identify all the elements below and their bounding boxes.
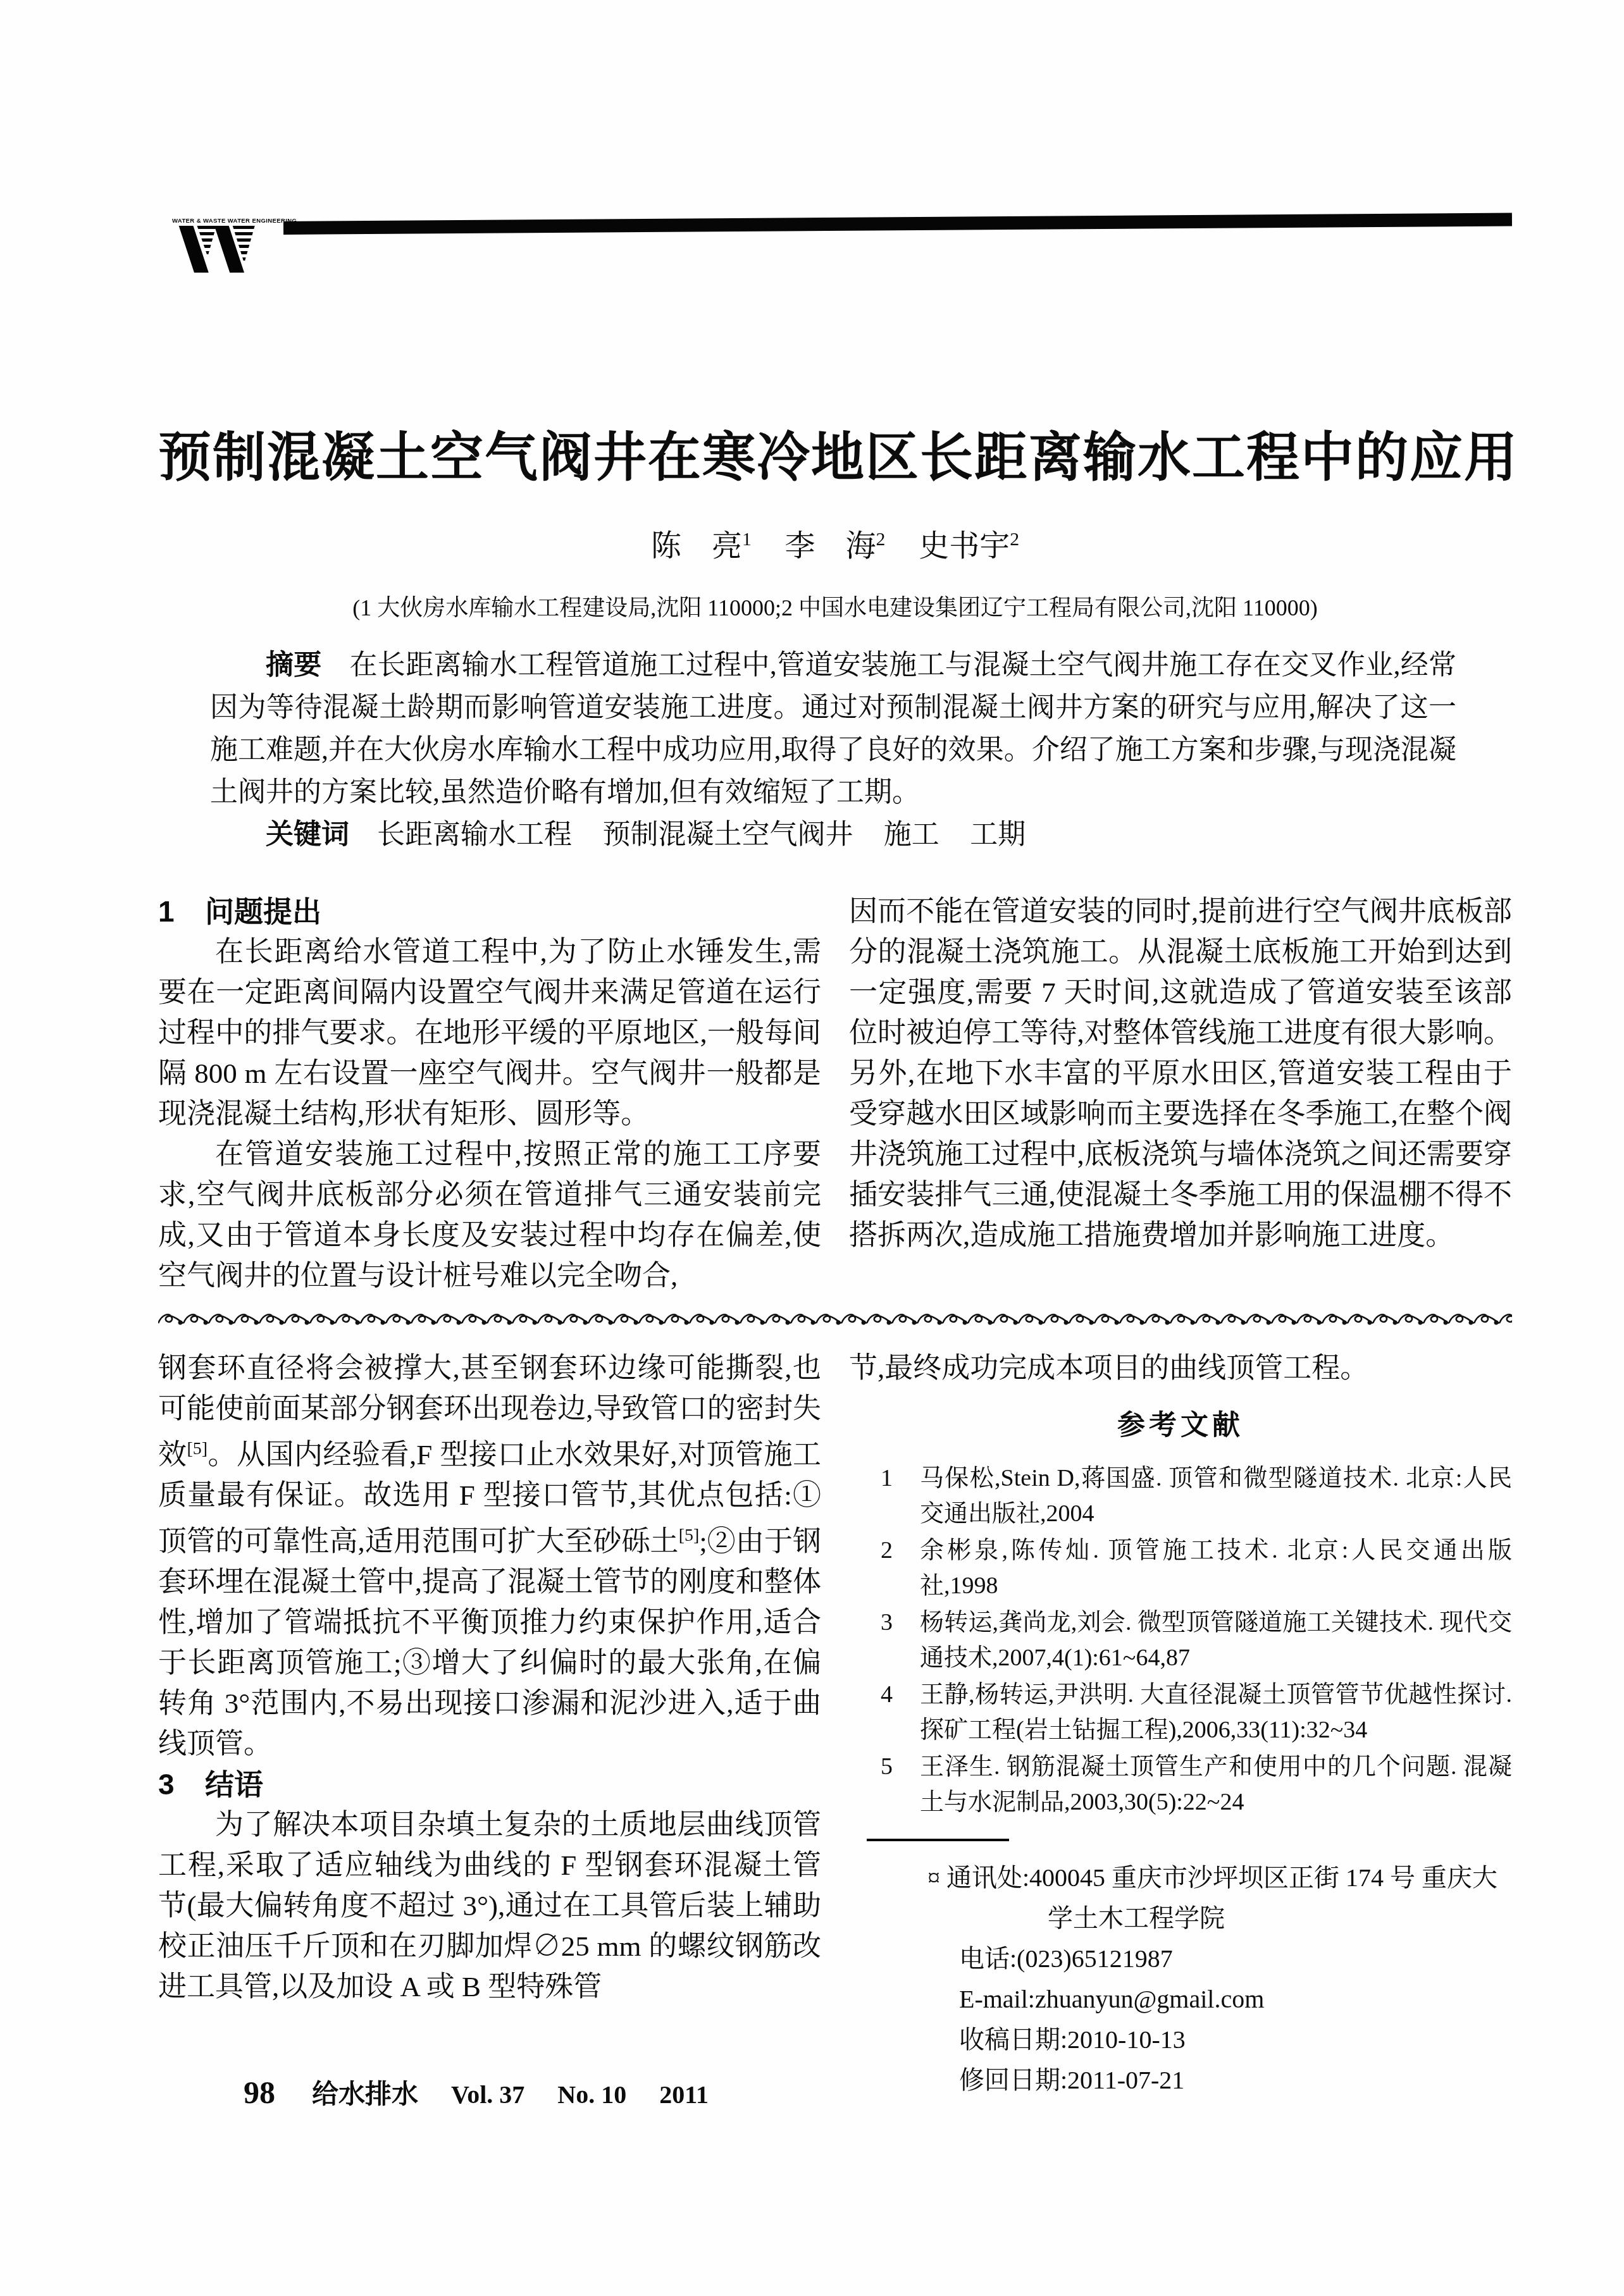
abstract-label: 摘要 [266, 650, 322, 681]
references-heading: 参考文献 [849, 1402, 1512, 1443]
correspondence-marker-icon: ¤ [927, 1863, 940, 1892]
page-footer: 98 给水排水 Vol. 37 No. 10 2011 [244, 2073, 709, 2111]
correspondence-address-text: 通讯处:400045 重庆市沙坪坝区正街 174 号 重庆大学土木工程学院 [946, 1863, 1497, 1932]
section-title: 问题提出 [205, 895, 321, 928]
reference-item: 5王泽生. 钢筋混凝土顶管生产和使用中的几个问题. 混凝土与水泥制品,2003,… [849, 1749, 1512, 1820]
page-header: WATER & WASTE WATER ENGINEERING [158, 214, 1512, 287]
article-body: 预制混凝土空气阀井在寒冷地区长距离输水工程中的应用 陈 亮1李 海2史书宇2 (… [158, 428, 1512, 2101]
reference-item: 2余彬泉,陈传灿. 顶管施工技术. 北京:人民交通出版社,1998 [849, 1533, 1512, 1603]
reference-item: 3杨转运,龚尚龙,刘会. 微型顶管隧道施工关键技术. 现代交通技术,2007,4… [849, 1605, 1512, 1676]
section-title: 结语 [205, 1768, 263, 1801]
reference-item: 1马保松,Stein D,蒋国盛. 顶管和微型隧道技术. 北京:人民交通出版社,… [849, 1460, 1512, 1531]
keyword: 长距离输水工程 [377, 819, 572, 850]
received-date: 收稿日期:2010-10-13 [927, 2020, 1520, 2060]
author-list: 陈 亮1李 海2史书宇2 [158, 521, 1512, 565]
wavy-divider [158, 1311, 1512, 1329]
page-number: 98 [244, 2074, 275, 2111]
right-column-top: 因而不能在管道安装的同时,提前进行空气阀井底板部分的混凝土浇筑施工。从混凝土底板… [849, 891, 1512, 1296]
reference-number: 5 [881, 1749, 893, 1784]
left-column-bottom: 钢套环直径将会被撑大,甚至钢套环边缘可能撕裂,也可能使前面某部分钢套环出现卷边,… [158, 1348, 821, 2101]
journal-volume: Vol. 37 [451, 2080, 524, 2109]
keyword-list: 长距离输水工程预制混凝土空气阀井施工工期 [377, 819, 1057, 850]
keyword: 工期 [970, 819, 1026, 850]
reference-number: 3 [881, 1605, 893, 1640]
journal-w-icon [172, 226, 268, 273]
author: 史书宇2 [919, 529, 1019, 563]
journal-page: WATER & WASTE WATER ENGINEERING 预制混凝土空气阀… [0, 0, 1624, 2296]
journal-name: 给水排水 [312, 2073, 418, 2111]
journal-logo: WATER & WASTE WATER ENGINEERING [172, 218, 286, 273]
section-number: 3 [158, 1768, 175, 1801]
correspondence-phone: 电话:(023)65121987 [927, 1939, 1520, 1979]
paragraph: 在长距离给水管道工程中,为了防止水锤发生,需要在一定距离间隔内设置空气阀井来满足… [158, 932, 821, 1134]
journal-logo-text: WATER & WASTE WATER ENGINEERING [172, 218, 286, 225]
paragraph: 钢套环直径将会被撑大,甚至钢套环边缘可能撕裂,也可能使前面某部分钢套环出现卷边,… [158, 1348, 821, 1764]
left-column-top: 1问题提出 在长距离给水管道工程中,为了防止水锤发生,需要在一定距离间隔内设置空… [158, 891, 821, 1296]
author: 陈 亮1 [651, 529, 752, 563]
reference-number: 1 [881, 1460, 893, 1496]
keyword: 预制混凝土空气阀井 [602, 819, 853, 850]
keywords-label: 关键词 [266, 819, 349, 850]
footnote-rule [867, 1839, 1009, 1841]
top-columns: 1问题提出 在长距离给水管道工程中,为了防止水锤发生,需要在一定距离间隔内设置空… [158, 891, 1512, 1296]
paragraph: 在管道安装施工过程中,按照正常的施工工序要求,空气阀井底板部分必须在管道排气三通… [158, 1134, 821, 1296]
affiliation: (1 大伙房水库输水工程建设局,沈阳 110000;2 中国水电建设集团辽宁工程… [158, 590, 1512, 622]
section-heading-1: 1问题提出 [158, 891, 821, 932]
correspondence-email: E-mail:zhuanyun@gmail.com [927, 1979, 1520, 2020]
right-column-bottom: 节,最终成功完成本项目的曲线顶管工程。 参考文献 1马保松,Stein D,蒋国… [849, 1348, 1512, 2101]
reference-number: 4 [881, 1677, 893, 1712]
correspondence-block: ¤ 通讯处:400045 重庆市沙坪坝区正街 174 号 重庆大学土木工程学院 … [927, 1858, 1520, 2101]
author: 李 海2 [785, 529, 886, 563]
journal-year: 2011 [659, 2080, 709, 2109]
section-number: 1 [158, 895, 175, 928]
journal-issue: No. 10 [557, 2080, 626, 2109]
revised-date: 修回日期:2011-07-21 [927, 2060, 1520, 2101]
correspondence-address: ¤ 通讯处:400045 重庆市沙坪坝区正街 174 号 重庆大学土木工程学院 [927, 1858, 1520, 1939]
reference-list: 1马保松,Stein D,蒋国盛. 顶管和微型隧道技术. 北京:人民交通出版社,… [849, 1460, 1512, 1820]
paragraph: 节,最终成功完成本项目的曲线顶管工程。 [849, 1348, 1512, 1388]
section-heading-3: 3结语 [158, 1764, 821, 1805]
reference-text: 王泽生. 钢筋混凝土顶管生产和使用中的几个问题. 混凝土与水泥制品,2003,3… [920, 1753, 1512, 1815]
keyword: 施工 [884, 819, 939, 850]
reference-number: 2 [881, 1533, 893, 1568]
paragraph: 为了解决本项目杂填土复杂的土质地层曲线顶管工程,采取了适应轴线为曲线的 F 型钢… [158, 1805, 821, 2007]
abstract-text: 在长距离输水工程管道施工过程中,管道安装施工与混凝土空气阀井施工存在交叉作业,经… [210, 650, 1456, 808]
reference-text: 杨转运,龚尚龙,刘会. 微型顶管隧道施工关键技术. 现代交通技术,2007,4(… [920, 1609, 1512, 1671]
header-rule [283, 213, 1512, 235]
abstract: 摘要在长距离输水工程管道施工过程中,管道安装施工与混凝土空气阀井施工存在交叉作业… [210, 644, 1456, 813]
article-title: 预制混凝土空气阀井在寒冷地区长距离输水工程中的应用 [158, 428, 1512, 487]
paragraph: 因而不能在管道安装的同时,提前进行空气阀井底板部分的混凝土浇筑施工。从混凝土底板… [849, 891, 1512, 1256]
keywords-line: 关键词长距离输水工程预制混凝土空气阀井施工工期 [210, 813, 1456, 856]
reference-text: 余彬泉,陈传灿. 顶管施工技术. 北京:人民交通出版社,1998 [920, 1537, 1512, 1599]
reference-text: 马保松,Stein D,蒋国盛. 顶管和微型隧道技术. 北京:人民交通出版社,2… [920, 1465, 1512, 1527]
reference-text: 王静,杨转运,尹洪明. 大直径混凝土顶管管节优越性探讨. 探矿工程(岩土钻掘工程… [920, 1681, 1512, 1743]
bottom-columns: 钢套环直径将会被撑大,甚至钢套环边缘可能撕裂,也可能使前面某部分钢套环出现卷边,… [158, 1348, 1512, 2101]
reference-item: 4王静,杨转运,尹洪明. 大直径混凝土顶管管节优越性探讨. 探矿工程(岩土钻掘工… [849, 1677, 1512, 1748]
